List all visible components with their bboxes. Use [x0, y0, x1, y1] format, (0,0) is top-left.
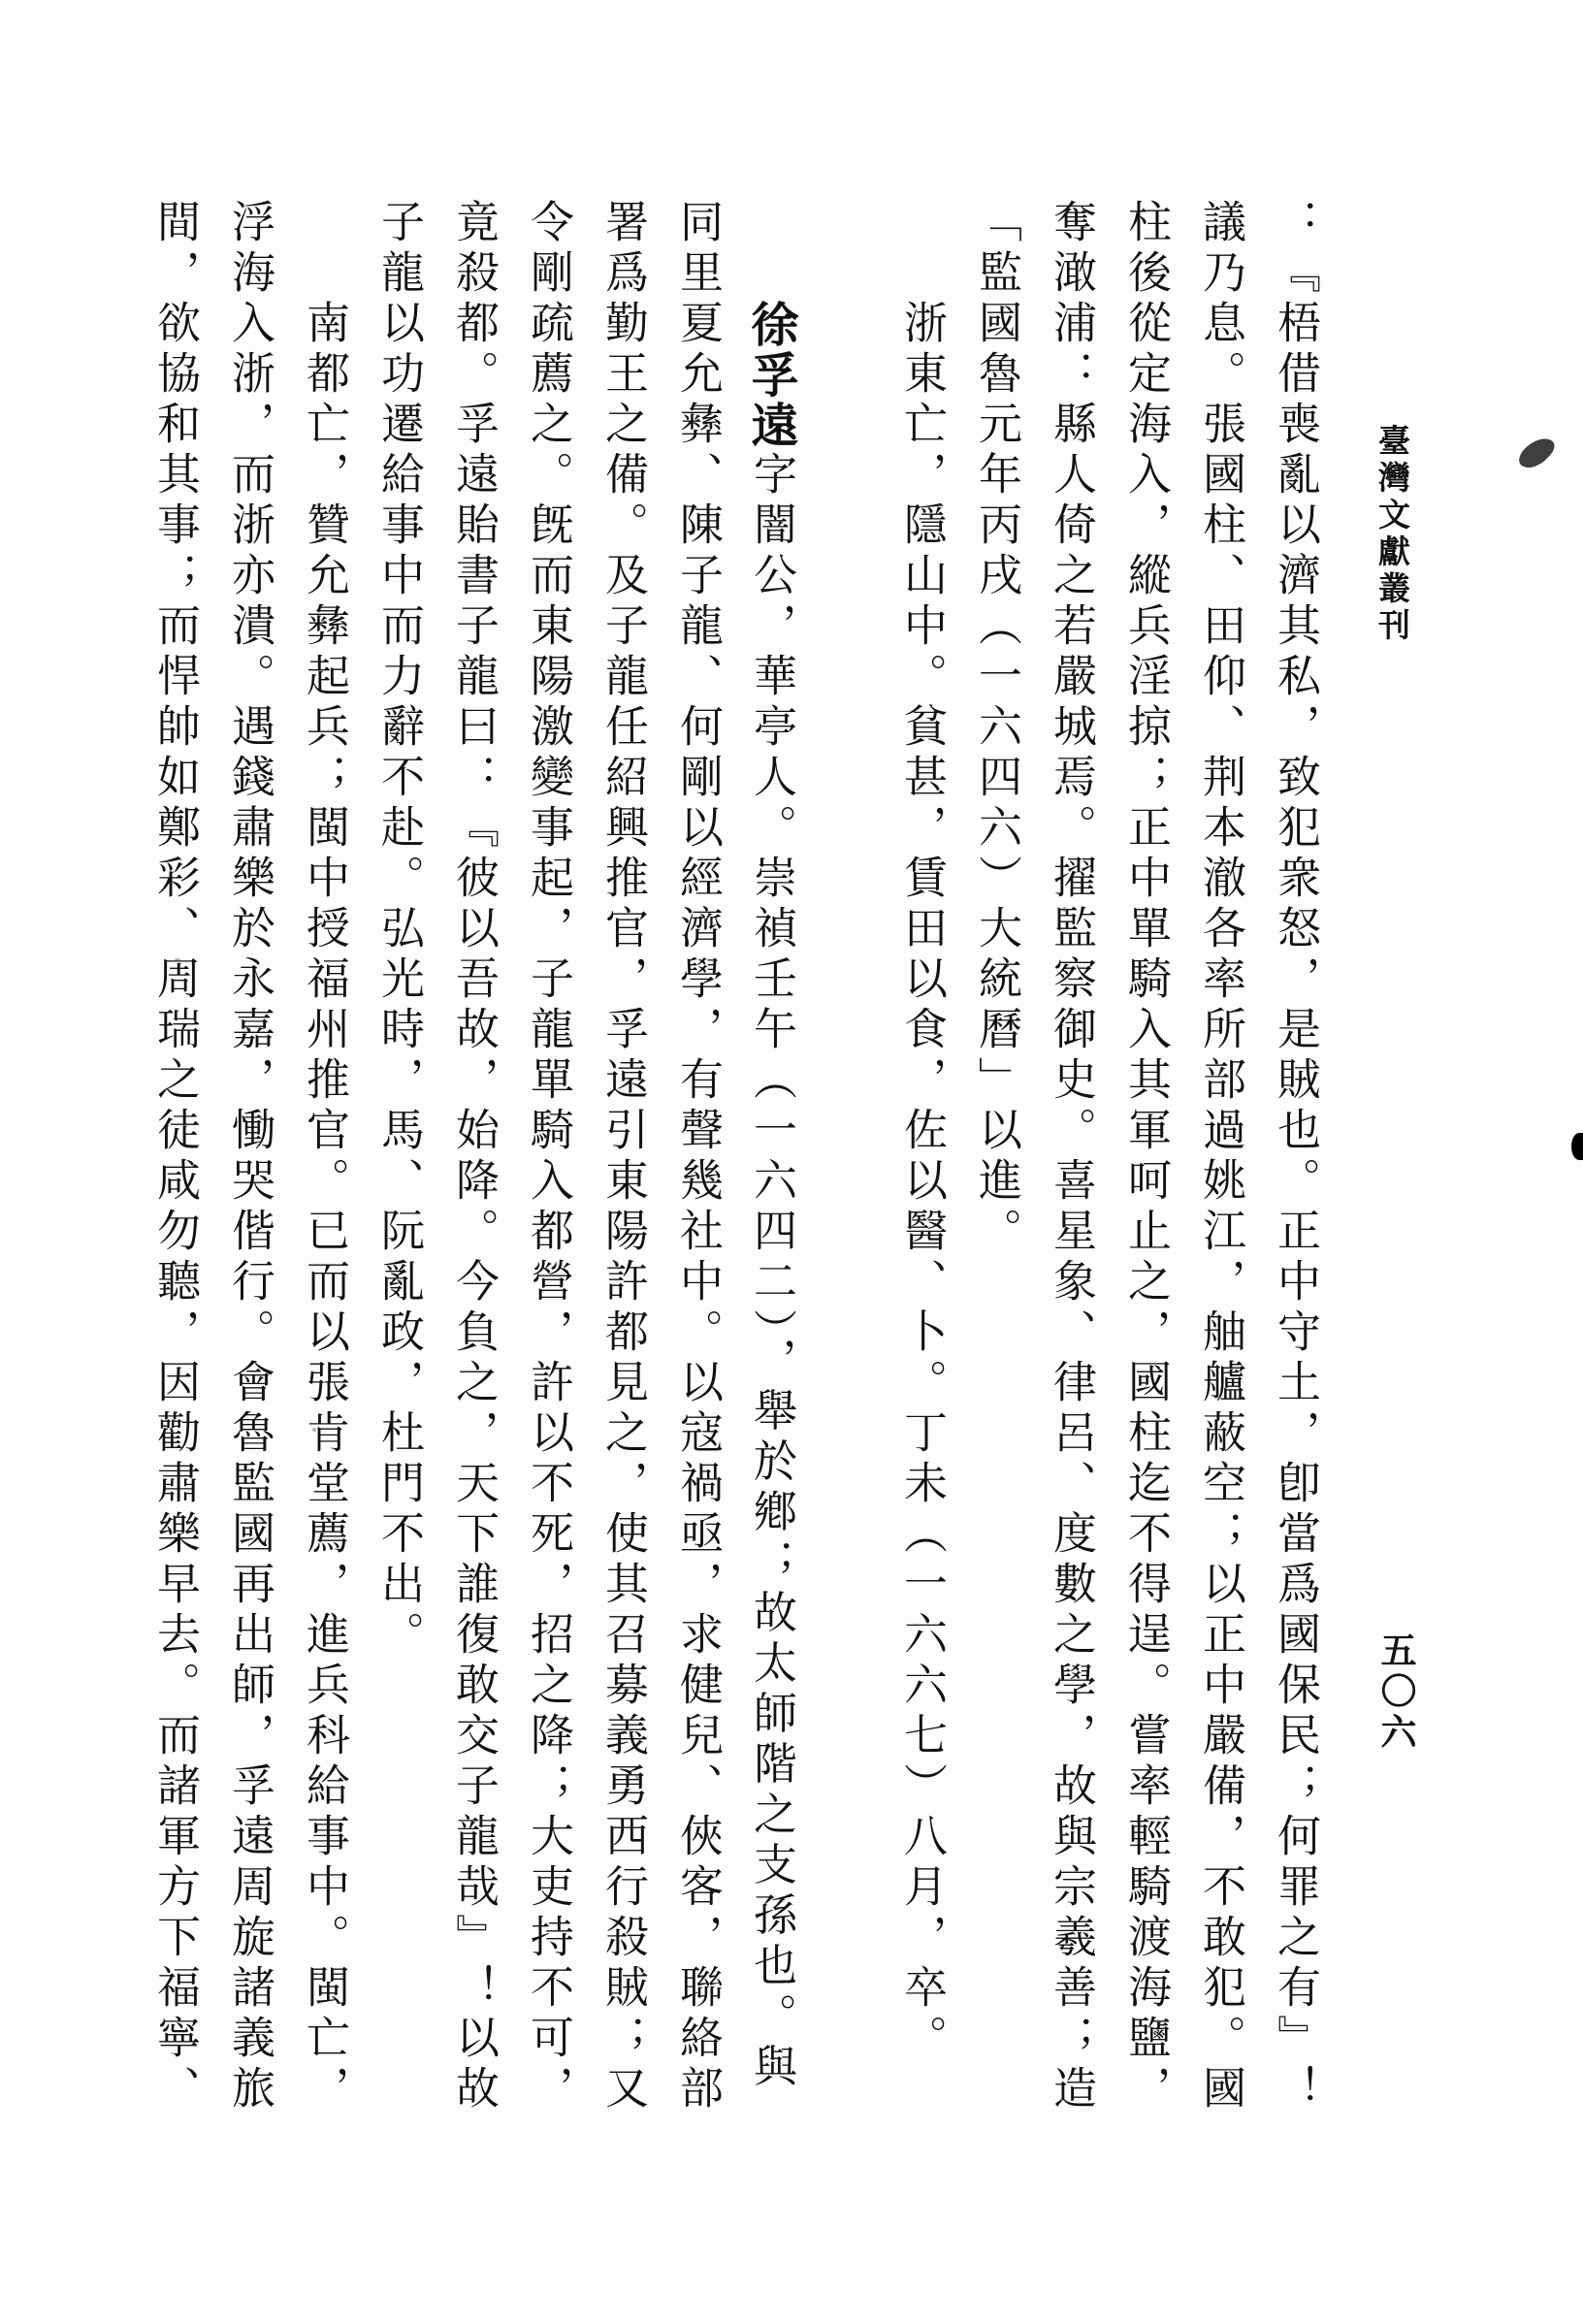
text-column-14: 浮海入浙，而浙亦潰。遇錢肅樂於永嘉，慟哭偕行。會魯監國再出師，孚遠周旋諸義旅: [211, 199, 286, 2168]
text-column-13: 南都亡，贊允彝起兵；閩中授福州推官。已而以張肯堂薦，進兵科給事中。閩亡，: [286, 199, 361, 2168]
text-column-12: 子龍以功遷給事中而力辭不赴。弘光時，馬、阮亂政，杜門不出。: [361, 199, 436, 2168]
text-column-4: 奪澉浦：縣人倚之若嚴城焉。擢監察御史。喜星象、律呂、度數之學，故與宗羲善；造: [1033, 199, 1108, 2168]
scan-speck: [635, 1775, 639, 1779]
text-column-8: 同里夏允彝、陳子龍、何剛以經濟學，有聲幾社中。以寇禍亟，求健兒、俠客，聯絡部: [660, 199, 734, 2168]
biography-subject-name: 徐孚遠: [745, 199, 798, 451]
scan-speck: [1062, 907, 1067, 912]
ink-smudge-mark: [1513, 434, 1559, 473]
text-column-2: 議乃息。張國柱、田仰、荆本澈各率所部過姚江，舳艫蔽空；以正中嚴備，不敢犯。國: [1182, 199, 1257, 2168]
text-column-1: ：『梧借喪亂以濟其私，致犯衆怒，是賊也。正中守土，卽當爲國保民；何罪之有』！: [1257, 199, 1332, 2168]
page-edge-ink-blot: [1571, 1133, 1583, 1160]
scan-speck: [175, 958, 180, 961]
text-column-11: 竟殺都。孚遠貽書子龍曰：『彼以吾故，始降。今負之，天下誰復敢交子龍哉』！以故: [436, 199, 510, 2168]
running-title: 臺灣文獻叢刊: [1368, 424, 1414, 645]
text-column-3: 柱後從定海入，縱兵淫掠；正中單騎入其軍呵止之，國柱迄不得逞。嘗率輕騎渡海鹽，: [1108, 199, 1182, 2168]
text-column-5: 「監國魯元年丙戌（一六四六）大統曆」以進。: [958, 199, 1033, 2168]
scan-speck: [312, 1428, 316, 1432]
folio-page-number: 五〇六: [1371, 1631, 1417, 1754]
column-text: 字闇公，華亭人。崇禎壬午（一六四二），舉於鄕；故太師階之支孫也。與: [747, 451, 795, 2094]
text-column-15: 間，欲協和其事；而悍帥如鄭彩、周瑞之徒咸勿聽，因勸肅樂早去。而諸軍方下福寧、: [137, 199, 211, 2168]
text-column-9: 署爲勤王之備。及子龍任紹興推官，孚遠引東陽許都見之，使其召募義勇西行殺賊；又: [585, 199, 660, 2168]
text-column-10: 令剛疏薦之。旣而東陽激變事起，子龍單騎入都營，許以不死，招之降；大吏持不可，: [510, 199, 585, 2168]
scanned-book-page: 臺灣文獻叢刊 五〇六 ：『梧借喪亂以濟其私，致犯衆怒，是賊也。正中守土，卽當爲國…: [0, 0, 1583, 2324]
text-column-6: 浙東亡，隱山中。貧甚，賃田以食，佐以醫、卜。丁未（一六六七）八月，卒。: [884, 199, 958, 2168]
text-column-7-biography-start: 徐孚遠字闇公，華亭人。崇禎壬午（一六四二），舉於鄕；故太師階之支孫也。與: [734, 199, 809, 2168]
